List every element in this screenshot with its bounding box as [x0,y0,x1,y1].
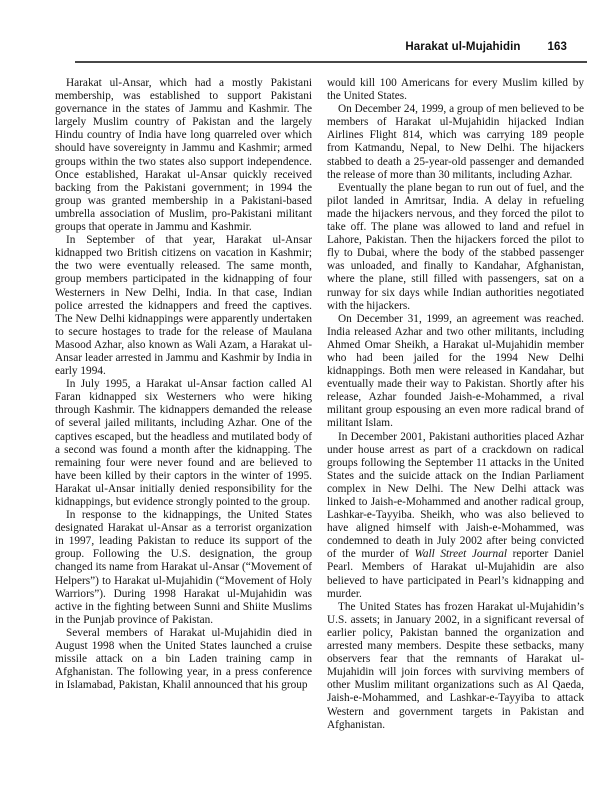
journal-name-italic: Wall Street Journal [415,548,508,560]
page-number: 163 [548,41,568,53]
right-column: would kill 100 Americans for every Musli… [327,77,584,732]
paragraph-right-5: In December 2001, Pakistani authorities … [327,431,584,601]
left-column: Harakat ul-Ansar, which had a mostly Pak… [55,77,312,732]
paragraph-left-2: In September of that year, Harakat ul-An… [55,234,312,378]
paragraph-left-3: In July 1995, a Harakat ul-Ansar faction… [55,378,312,509]
paragraph-left-1: Harakat ul-Ansar, which had a mostly Pak… [55,77,312,234]
paragraph-right-4: On December 31, 1999, an agreement was r… [327,313,584,431]
running-head-title: Harakat ul-Mujahidin [405,41,520,53]
running-head: Harakat ul-Mujahidin 163 [75,41,567,53]
header-rule-divider [75,61,587,63]
paragraph-left-5: Several members of Harakat ul-Mujahidin … [55,627,312,692]
paragraph-left-4: In response to the kidnappings, the Unit… [55,509,312,627]
paragraph-right-3: Eventually the plane began to run out of… [327,182,584,313]
book-page: Harakat ul-Mujahidin 163 Harakat ul-Ansa… [0,0,614,800]
paragraph-right-2: On December 24, 1999, a group of men bel… [327,103,584,182]
paragraph-right-1: would kill 100 Americans for every Musli… [327,77,584,103]
text-columns: Harakat ul-Ansar, which had a mostly Pak… [55,77,584,732]
paragraph-right-6: The United States has frozen Harakat ul-… [327,601,584,732]
paragraph-right-5-text: In December 2001, Pakistani authorities … [327,431,584,561]
